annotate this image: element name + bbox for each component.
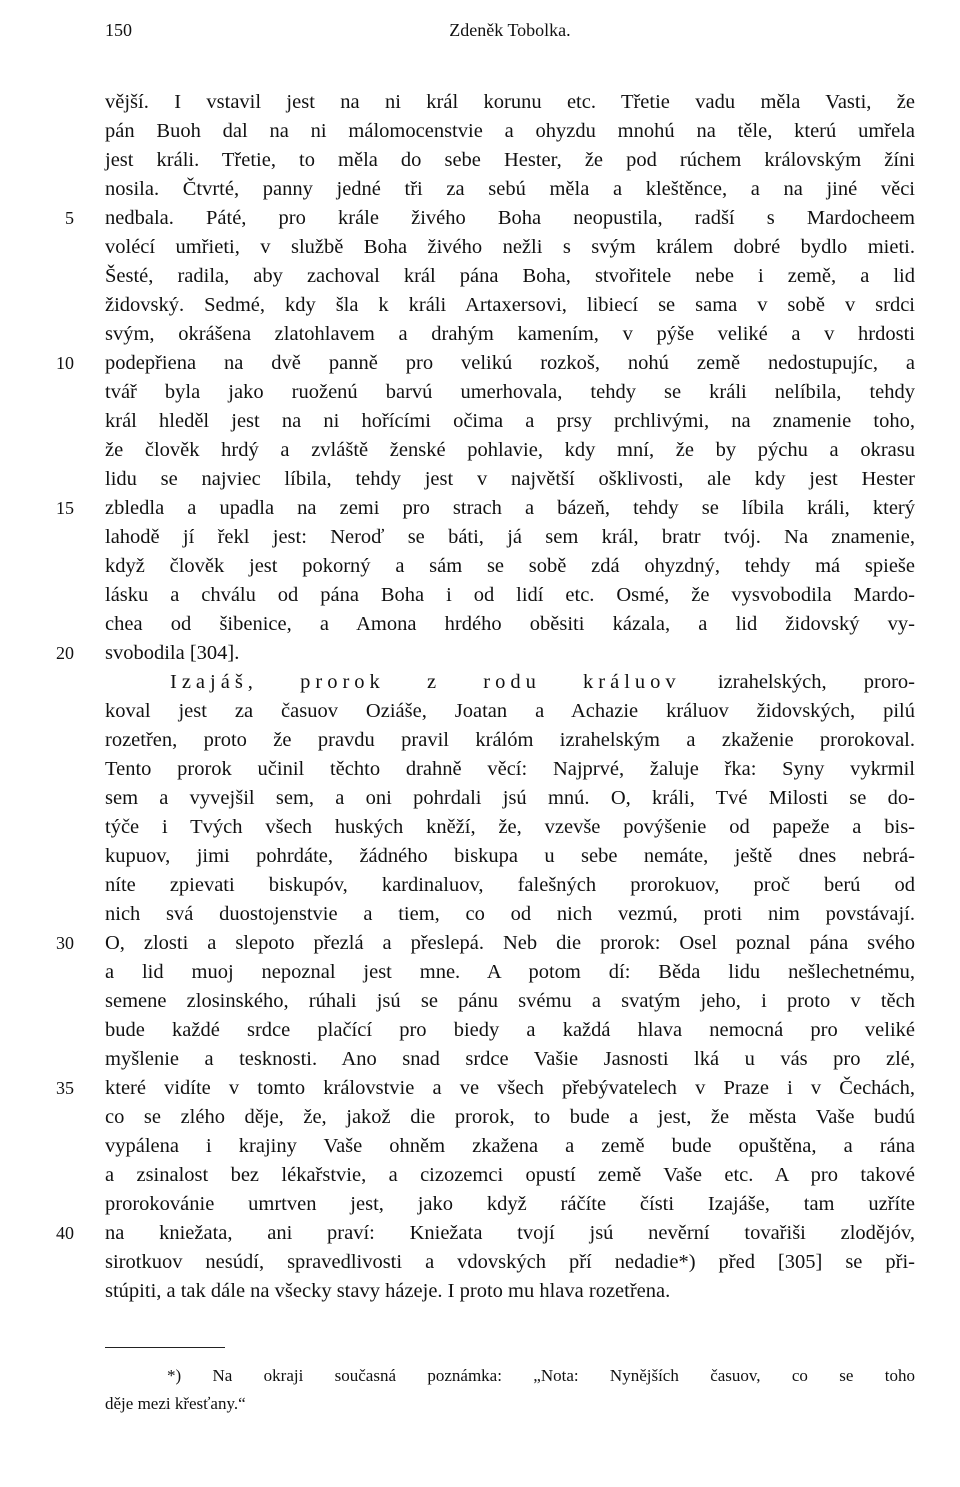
text-line: lahodě jí řekl jest: Neroď se báti, já s… — [0, 523, 960, 552]
text-line: židovský. Sedmé, kdy šla k králi Artaxer… — [0, 291, 960, 320]
line-text: lásku a chválu od pána Boha i od lidí et… — [105, 581, 915, 610]
line-text: prorokovánie umrtven jest, jako když ráč… — [105, 1190, 915, 1219]
line-text: podepřiena na dvě panně pro velikú rozko… — [105, 349, 915, 378]
text-line: rozetřen, proto že pravdu pravil králóm … — [0, 726, 960, 755]
text-line: 40na kniežata, ani praví: Kniežata tvojí… — [0, 1219, 960, 1248]
line-text: níte zpievati biskupóv, kardinaluov, fal… — [105, 871, 915, 900]
body-text: vější. I vstavil jest na ni král korunu … — [0, 88, 960, 1306]
line-text: Šesté, radila, aby zachoval král pána Bo… — [105, 262, 915, 291]
line-text: sem a vyvejšil sem, a oni pohrdali jsú m… — [105, 784, 915, 813]
text-line: nich svá duostojenstvie a tiem, co od ni… — [0, 900, 960, 929]
line-number: 15 — [44, 494, 74, 523]
line-text: týče i Tvých všech huských kněží, že, vz… — [105, 813, 915, 842]
text-line: a lid muoj nepoznal jest mne. A potom dí… — [0, 958, 960, 987]
text-line: pán Buoh dal na ni málomocenstvie a ohyz… — [0, 117, 960, 146]
line-text: a lid muoj nepoznal jest mne. A potom dí… — [105, 958, 915, 987]
line-text: nich svá duostojenstvie a tiem, co od ni… — [105, 900, 915, 929]
text-line: 30O, zlosti a slepoto přezlá a přeslepá.… — [0, 929, 960, 958]
line-text: tvář byla jako ruoženú barvú umerhovala,… — [105, 378, 915, 407]
text-line: týče i Tvých všech huských kněží, že, vz… — [0, 813, 960, 842]
line-text: volécí umřieti, v službě Boha živého než… — [105, 233, 915, 262]
text-line: Izajáš, prorok z rodu králuov izrahelský… — [0, 668, 960, 697]
running-title: Zdeněk Tobolka. — [105, 20, 915, 41]
line-text: svobodila [304]. — [105, 639, 915, 668]
text-line: 5nedbala. Páté, pro krále živého Boha ne… — [0, 204, 960, 233]
line-text: a zsinalost bez lékařstvie, a cizozemci … — [105, 1161, 915, 1190]
line-text: sirotkuov nesúdí, spravedlivosti a vdovs… — [105, 1248, 915, 1277]
text-line: co se zlého děje, že, jakož die prorok, … — [0, 1103, 960, 1132]
line-text: když člověk jest pokorný a sám se sobě z… — [105, 552, 915, 581]
line-text: král hleděl jest na ni hořícími očima a … — [105, 407, 915, 436]
text-line: myšlenie a tesknosti. Ano snad srdce Vaš… — [0, 1045, 960, 1074]
line-text: lidu se najviec líbila, tehdy jest v naj… — [105, 465, 915, 494]
text-line: Šesté, radila, aby zachoval král pána Bo… — [0, 262, 960, 291]
line-text: koval jest za časuov Oziáše, Joatan a Ac… — [105, 697, 915, 726]
line-text: vější. I vstavil jest na ni král korunu … — [105, 88, 915, 117]
line-text: co se zlého děje, že, jakož die prorok, … — [105, 1103, 915, 1132]
line-text: jest králi. Třetie, to měla do sebe Hest… — [105, 146, 915, 175]
line-text: svým, okrášena zlatohlavem a drahým kame… — [105, 320, 915, 349]
line-text: nedbala. Páté, pro krále živého Boha neo… — [105, 204, 915, 233]
text-line: že člověk hrdý a zvláště ženské pohlavie… — [0, 436, 960, 465]
line-text: lahodě jí řekl jest: Neroď se báti, já s… — [105, 523, 915, 552]
text-line: níte zpievati biskupóv, kardinaluov, fal… — [0, 871, 960, 900]
line-number: 10 — [44, 349, 74, 378]
text-line: 10podepřiena na dvě panně pro velikú roz… — [0, 349, 960, 378]
text-line: král hleděl jest na ni hořícími očima a … — [0, 407, 960, 436]
text-line: a zsinalost bez lékařstvie, a cizozemci … — [0, 1161, 960, 1190]
line-text: zbledla a upadla na zemi pro strach a bá… — [105, 494, 915, 523]
text-line: lásku a chválu od pána Boha i od lidí et… — [0, 581, 960, 610]
footnote-line: *) Na okraji současná poznámka: „Nota: N… — [105, 1362, 915, 1390]
line-text: které vidíte v tomto královstvie a ve vš… — [105, 1074, 915, 1103]
line-number: 5 — [44, 204, 74, 233]
line-text: židovský. Sedmé, kdy šla k králi Artaxer… — [105, 291, 915, 320]
text-line: jest králi. Třetie, to měla do sebe Hest… — [0, 146, 960, 175]
text-line: sirotkuov nesúdí, spravedlivosti a vdovs… — [0, 1248, 960, 1277]
text-line: prorokovánie umrtven jest, jako když ráč… — [0, 1190, 960, 1219]
text-line: bude každé srdce plačící pro biedy a kaž… — [0, 1016, 960, 1045]
text-line: koval jest za časuov Oziáše, Joatan a Ac… — [0, 697, 960, 726]
text-line: stúpiti, a tak dále na všecky stavy háze… — [0, 1277, 960, 1306]
text-line: svým, okrášena zlatohlavem a drahým kame… — [0, 320, 960, 349]
line-text: O, zlosti a slepoto přezlá a přeslepá. N… — [105, 929, 915, 958]
text-line: tvář byla jako ruoženú barvú umerhovala,… — [0, 378, 960, 407]
text-line: vější. I vstavil jest na ni král korunu … — [0, 88, 960, 117]
footnote-separator — [105, 1347, 225, 1348]
text-line: chea od šibenice, a Amona hrdého oběsiti… — [0, 610, 960, 639]
text-line: 20svobodila [304]. — [0, 639, 960, 668]
text-line: semene zlosinského, rúhali jsú se pánu s… — [0, 987, 960, 1016]
line-text: chea od šibenice, a Amona hrdého oběsiti… — [105, 610, 915, 639]
line-text: rozetřen, proto že pravdu pravil králóm … — [105, 726, 915, 755]
line-text: Tento prorok učinil těchto drahně věcí: … — [105, 755, 915, 784]
line-text: že člověk hrdý a zvláště ženské pohlavie… — [105, 436, 915, 465]
text-line: volécí umřieti, v službě Boha živého než… — [0, 233, 960, 262]
line-text: semene zlosinského, rúhali jsú se pánu s… — [105, 987, 915, 1016]
text-line: sem a vyvejšil sem, a oni pohrdali jsú m… — [0, 784, 960, 813]
running-head: 150 Zdeněk Tobolka. — [105, 20, 915, 48]
line-text: stúpiti, a tak dále na všecky stavy háze… — [105, 1277, 915, 1306]
line-text: bude každé srdce plačící pro biedy a kaž… — [105, 1016, 915, 1045]
line-text-rest: izrahelských, proro- — [681, 671, 915, 693]
text-line: když člověk jest pokorný a sám se sobě z… — [0, 552, 960, 581]
text-line: lidu se najviec líbila, tehdy jest v naj… — [0, 465, 960, 494]
line-text: na kniežata, ani praví: Kniežata tvojí j… — [105, 1219, 915, 1248]
line-number: 20 — [44, 639, 74, 668]
line-number: 30 — [44, 929, 74, 958]
footnote-line: děje mezi křesťany.“ — [105, 1390, 915, 1418]
footnote: *) Na okraji současná poznámka: „Nota: N… — [105, 1362, 915, 1418]
text-line: nosila. Čtvrté, panny jedné tři za sebú … — [0, 175, 960, 204]
text-line: 35které vidíte v tomto královstvie a ve … — [0, 1074, 960, 1103]
spaced-heading-text: Izajáš, prorok z rodu králuov — [170, 671, 681, 693]
line-number: 35 — [44, 1074, 74, 1103]
text-line: vypálena i krajiny Vaše ohněm zkažena a … — [0, 1132, 960, 1161]
book-page: 150 Zdeněk Tobolka. vější. I vstavil jes… — [0, 0, 960, 1487]
text-line: Tento prorok učinil těchto drahně věcí: … — [0, 755, 960, 784]
line-text: kupuov, jimi pohrdáte, žádného biskupa u… — [105, 842, 915, 871]
text-line: kupuov, jimi pohrdáte, žádného biskupa u… — [0, 842, 960, 871]
line-text: vypálena i krajiny Vaše ohněm zkažena a … — [105, 1132, 915, 1161]
line-text: Izajáš, prorok z rodu králuov izrahelský… — [170, 668, 915, 697]
line-text: nosila. Čtvrté, panny jedné tři za sebú … — [105, 175, 915, 204]
text-line: 15zbledla a upadla na zemi pro strach a … — [0, 494, 960, 523]
line-number: 40 — [44, 1219, 74, 1248]
line-text: pán Buoh dal na ni málomocenstvie a ohyz… — [105, 117, 915, 146]
line-text: myšlenie a tesknosti. Ano snad srdce Vaš… — [105, 1045, 915, 1074]
